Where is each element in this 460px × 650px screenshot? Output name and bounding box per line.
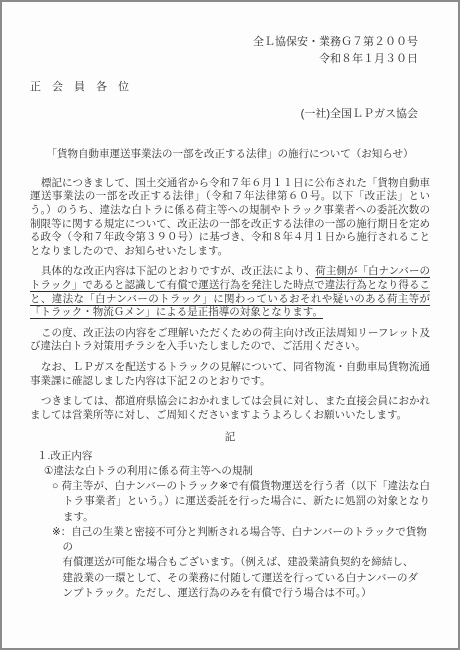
doc-date: 令和８年１月３０日 (30, 51, 418, 68)
section-1-bullet-item: ○ 荷主等が、白ナンバーのトラック※で有償貨物運送を行う者（以下「違法な白トラ事… (30, 479, 430, 525)
document-body: 標記につきまして、国土交通省から令和７年６月１１日に公布された「貨物自動車運送事… (30, 177, 430, 601)
section-1-item-1-heading: ①違法な白トラの利用に係る荷主等への規制 (44, 464, 430, 479)
paragraph-leaflet: この度、改正法の内容をご理解いただくための荷主向け改正法周知リーフレット及び違法… (30, 327, 430, 354)
document-page: 全Ｌ協保安・業務Ｇ７第２００号 令和８年１月３０日 正 会 員 各 位 (一社)… (0, 0, 460, 650)
doc-number: 全Ｌ協保安・業務Ｇ７第２００号 (30, 34, 418, 51)
section-1-heading: １.改正内容 (37, 449, 430, 464)
paragraph-amendment-lead: 具体的な改正内容は下記のとおりですが、改正法により、 (41, 265, 315, 277)
paragraph-enactment: 標記につきまして、国土交通省から令和７年６月１１日に公布された「貨物自動車運送事… (30, 177, 430, 259)
section-1-footnote: ※：自己の生業と密接不可分と判断される場合等、白ナンバーのトラックで貨物 の 有… (52, 525, 430, 601)
section-1: １.改正内容 ①違法な白トラの利用に係る荷主等への規制 ○ 荷主等が、白ナンバー… (30, 449, 430, 601)
record-marker: 記 (30, 431, 430, 445)
paragraph-request: つきましては、都道府県協会におかれましては会員に対し、また直接会員におかれまして… (30, 395, 430, 422)
document-title: 「貨物自動車運送事業法の一部を改正する法律」の施行について（お知らせ） (30, 148, 430, 162)
sender-line: (一社)全国ＬＰガス協会 (30, 108, 430, 122)
recipient-line: 正 会 員 各 位 (30, 81, 430, 95)
document-header: 全Ｌ協保安・業務Ｇ７第２００号 令和８年１月３０日 (30, 34, 430, 68)
paragraph-lpgas-trucks: なお、ＬＰガスを配送するトラックの見解について、同省物流・自動車局貨物流通事業課… (30, 361, 430, 388)
paragraph-amendment-summary: 具体的な改正内容は下記のとおりですが、改正法により、荷主側が「白ナンバーのトラッ… (30, 265, 430, 319)
